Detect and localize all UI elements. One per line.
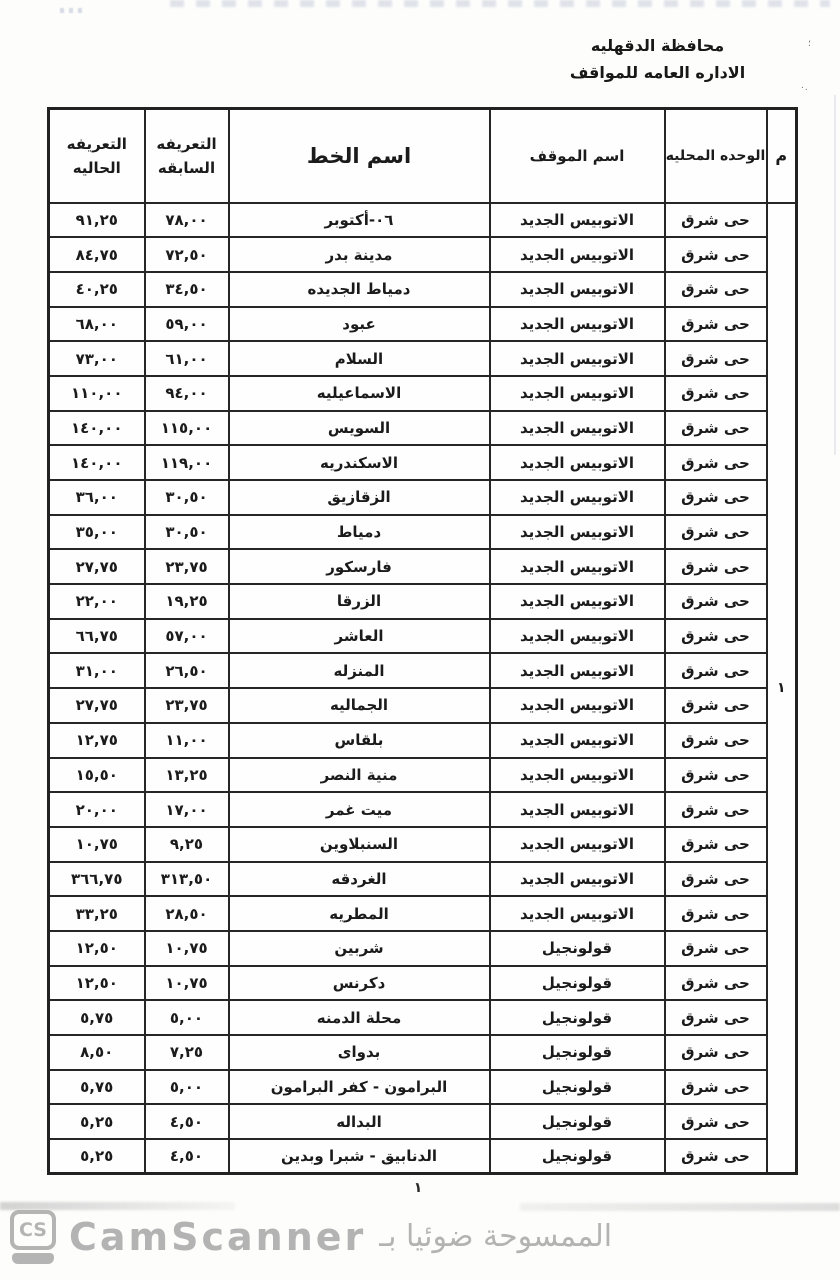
table-row: حى شرقالاتوبيس الجديدالسلام٦١,٠٠٧٣,٠٠ xyxy=(49,341,797,376)
document-header: محافظة الدقهليه الاداره العامه للمواقف xyxy=(515,32,800,86)
line-cell: السلام xyxy=(229,341,490,376)
table-row: حى شرققولونجيلبدواى٧,٢٥٨,٥٠ xyxy=(49,1035,797,1070)
column-header-previous-tariff: التعريفه السابقه xyxy=(145,109,229,203)
unit-cell: حى شرق xyxy=(665,619,767,654)
stop-cell: الاتوبيس الجديد xyxy=(490,515,665,550)
unit-cell: حى شرق xyxy=(665,827,767,862)
current-tariff-cell: ٢٢,٠٠ xyxy=(49,584,145,619)
current-tariff-cell: ٣١,٠٠ xyxy=(49,653,145,688)
line-cell: بلقاس xyxy=(229,723,490,758)
unit-cell: حى شرق xyxy=(665,862,767,897)
unit-cell: حى شرق xyxy=(665,792,767,827)
previous-tariff-cell: ٥,٠٠ xyxy=(145,1000,229,1035)
unit-cell: حى شرق xyxy=(665,723,767,758)
stop-cell: الاتوبيس الجديد xyxy=(490,862,665,897)
unit-cell: حى شرق xyxy=(665,653,767,688)
column-header-local-unit: الوحده المحليه xyxy=(665,109,767,203)
current-tariff-cell: ٥,٢٥ xyxy=(49,1104,145,1139)
table-row: حى شرقالاتوبيس الجديددمياط الجديده٣٤,٥٠٤… xyxy=(49,272,797,307)
previous-tariff-cell: ١٠,٧٥ xyxy=(145,931,229,966)
stop-cell: الاتوبيس الجديد xyxy=(490,792,665,827)
previous-tariff-cell: ١٩,٢٥ xyxy=(145,584,229,619)
unit-cell: حى شرق xyxy=(665,411,767,446)
current-tariff-cell: ١٢,٧٥ xyxy=(49,723,145,758)
table-row: حى شرققولونجيلشربين١٠,٧٥١٢,٥٠ xyxy=(49,931,797,966)
scan-speck-topright-2: ٠. xyxy=(800,84,808,93)
column-header-line-name: اسم الخط xyxy=(229,109,490,203)
previous-tariff-cell: ٩٤,٠٠ xyxy=(145,376,229,411)
unit-cell: حى شرق xyxy=(665,445,767,480)
previous-tariff-cell: ١١,٠٠ xyxy=(145,723,229,758)
stop-cell: قولونجيل xyxy=(490,1070,665,1105)
stop-cell: قولونجيل xyxy=(490,966,665,1001)
previous-tariff-cell: ٣١٣,٥٠ xyxy=(145,862,229,897)
unit-cell: حى شرق xyxy=(665,1104,767,1139)
line-cell: منية النصر xyxy=(229,758,490,793)
serial-cell: ١ xyxy=(767,203,797,1174)
camscanner-brand-text: CamScanner xyxy=(69,1218,366,1256)
current-tariff-cell: ٦٨,٠٠ xyxy=(49,307,145,342)
previous-tariff-cell: ١٧,٠٠ xyxy=(145,792,229,827)
unit-cell: حى شرق xyxy=(665,1000,767,1035)
previous-tariff-cell: ٧٨,٠٠ xyxy=(145,203,229,238)
page-edge-shadow xyxy=(834,95,836,455)
stop-cell: الاتوبيس الجديد xyxy=(490,619,665,654)
stop-cell: الاتوبيس الجديد xyxy=(490,827,665,862)
unit-cell: حى شرق xyxy=(665,549,767,584)
previous-tariff-cell: ٢٣,٧٥ xyxy=(145,688,229,723)
unit-cell: حى شرق xyxy=(665,480,767,515)
previous-tariff-cell: ٤,٥٠ xyxy=(145,1139,229,1174)
current-tariff-cell: ٣٥,٠٠ xyxy=(49,515,145,550)
unit-cell: حى شرق xyxy=(665,203,767,238)
previous-tariff-cell: ٧,٢٥ xyxy=(145,1035,229,1070)
previous-tariff-cell: ٥,٠٠ xyxy=(145,1070,229,1105)
stop-cell: الاتوبيس الجديد xyxy=(490,237,665,272)
cs-logo-icon: CS xyxy=(10,1210,56,1250)
unit-cell: حى شرق xyxy=(665,1139,767,1174)
tariff-table: م الوحده المحليه اسم الموقف اسم الخط الت… xyxy=(47,107,798,1175)
unit-cell: حى شرق xyxy=(665,688,767,723)
table-row: حى شرقالاتوبيس الجديدالزقازيق٣٠,٥٠٣٦,٠٠ xyxy=(49,480,797,515)
current-tariff-cell: ٣٣,٢٥ xyxy=(49,896,145,931)
previous-tariff-cell: ٣٠,٥٠ xyxy=(145,515,229,550)
line-cell: مدينة بدر xyxy=(229,237,490,272)
unit-cell: حى شرق xyxy=(665,515,767,550)
table-row: حى شرقالاتوبيس الجديدالاسماعيليه٩٤,٠٠١١٠… xyxy=(49,376,797,411)
table-header-row: م الوحده المحليه اسم الموقف اسم الخط الت… xyxy=(49,109,797,203)
table-row: حى شرققولونجيلمحلة الدمنه٥,٠٠٥,٧٥ xyxy=(49,1000,797,1035)
governorate-title: محافظة الدقهليه xyxy=(515,32,800,59)
line-cell: البرامون - كفر البرامون xyxy=(229,1070,490,1105)
table-row: حى شرقالاتوبيس الجديدالجماليه٢٣,٧٥٢٧,٧٥ xyxy=(49,688,797,723)
table-row: حى شرقالاتوبيس الجديدمدينة بدر٧٢,٥٠٨٤,٧٥ xyxy=(49,237,797,272)
current-tariff-cell: ٥,٢٥ xyxy=(49,1139,145,1174)
line-cell: السنبلاوين xyxy=(229,827,490,862)
camscanner-watermark: CS CamScanner الممسوحة ضوئيا بـ xyxy=(10,1206,614,1268)
line-cell: الاسكندريه xyxy=(229,445,490,480)
line-cell: المنزله xyxy=(229,653,490,688)
line-cell: الاسماعيليه xyxy=(229,376,490,411)
unit-cell: حى شرق xyxy=(665,758,767,793)
line-cell: بدواى xyxy=(229,1035,490,1070)
line-cell: دكرنس xyxy=(229,966,490,1001)
table-row: حى شرقالاتوبيس الجديدالسنبلاوين٩,٢٥١٠,٧٥ xyxy=(49,827,797,862)
current-tariff-cell: ١٢,٥٠ xyxy=(49,931,145,966)
previous-tariff-cell: ٢٨,٥٠ xyxy=(145,896,229,931)
unit-cell: حى شرق xyxy=(665,307,767,342)
table-row: حى شرقالاتوبيس الجديدمنية النصر١٣,٢٥١٥,٥… xyxy=(49,758,797,793)
stop-cell: الاتوبيس الجديد xyxy=(490,480,665,515)
stop-cell: الاتوبيس الجديد xyxy=(490,411,665,446)
previous-tariff-cell: ١١٩,٠٠ xyxy=(145,445,229,480)
line-cell: عبود xyxy=(229,307,490,342)
line-cell: السويس xyxy=(229,411,490,446)
stop-cell: قولونجيل xyxy=(490,1139,665,1174)
stop-cell: الاتوبيس الجديد xyxy=(490,688,665,723)
previous-tariff-cell: ٥٩,٠٠ xyxy=(145,307,229,342)
current-tariff-cell: ٧٣,٠٠ xyxy=(49,341,145,376)
stop-cell: الاتوبيس الجديد xyxy=(490,341,665,376)
table-row: حى شرقالاتوبيس الجديدالمطريه٢٨,٥٠٣٣,٢٥ xyxy=(49,896,797,931)
current-tariff-cell: ٦٦,٧٥ xyxy=(49,619,145,654)
current-tariff-cell: ٥,٧٥ xyxy=(49,1070,145,1105)
table-row: حى شرقالاتوبيس الجديدبلقاس١١,٠٠١٢,٧٥ xyxy=(49,723,797,758)
stop-cell: الاتوبيس الجديد xyxy=(490,549,665,584)
unit-cell: حى شرق xyxy=(665,931,767,966)
current-tariff-cell: ١٥,٥٠ xyxy=(49,758,145,793)
previous-tariff-cell: ١٣,٢٥ xyxy=(145,758,229,793)
stop-cell: قولونجيل xyxy=(490,1035,665,1070)
line-cell: فارسكور xyxy=(229,549,490,584)
stop-cell: الاتوبيس الجديد xyxy=(490,307,665,342)
unit-cell: حى شرق xyxy=(665,376,767,411)
current-tariff-cell: ٢٧,٧٥ xyxy=(49,549,145,584)
unit-cell: حى شرق xyxy=(665,341,767,376)
line-cell: دمياط xyxy=(229,515,490,550)
current-tariff-cell: ١١٠,٠٠ xyxy=(49,376,145,411)
column-header-current-tariff: التعريفه الحاليه xyxy=(49,109,145,203)
stop-cell: قولونجيل xyxy=(490,1104,665,1139)
unit-cell: حى شرق xyxy=(665,272,767,307)
line-cell: محلة الدمنه xyxy=(229,1000,490,1035)
stop-cell: الاتوبيس الجديد xyxy=(490,653,665,688)
stop-cell: الاتوبيس الجديد xyxy=(490,896,665,931)
current-tariff-cell: ٢٧,٧٥ xyxy=(49,688,145,723)
previous-tariff-cell: ٤,٥٠ xyxy=(145,1104,229,1139)
line-cell: البداله xyxy=(229,1104,490,1139)
line-cell: دمياط الجديده xyxy=(229,272,490,307)
column-header-stop-name: اسم الموقف xyxy=(490,109,665,203)
previous-tariff-cell: ٢٣,٧٥ xyxy=(145,549,229,584)
camscanner-logo: CS xyxy=(10,1210,56,1264)
line-cell: شربين xyxy=(229,931,490,966)
line-cell: الغردقه xyxy=(229,862,490,897)
table-row: حى شرقالاتوبيس الجديدالعاشر٥٧,٠٠٦٦,٧٥ xyxy=(49,619,797,654)
line-cell: ميت غمر xyxy=(229,792,490,827)
previous-tariff-cell: ٣٤,٥٠ xyxy=(145,272,229,307)
current-tariff-cell: ٨٤,٧٥ xyxy=(49,237,145,272)
table-row: حى شرقالاتوبيس الجديدالمنزله٢٦,٥٠٣١,٠٠ xyxy=(49,653,797,688)
previous-tariff-cell: ٢٦,٥٠ xyxy=(145,653,229,688)
stop-cell: قولونجيل xyxy=(490,1000,665,1035)
table-row: حى شرققولونجيلالدنابيق - شبرا وبدين٤,٥٠٥… xyxy=(49,1139,797,1174)
table-row: حى شرققولونجيلالبرامون - كفر البرامون٥,٠… xyxy=(49,1070,797,1105)
stop-cell: الاتوبيس الجديد xyxy=(490,723,665,758)
table-row: حى شرقالاتوبيس الجديدعبود٥٩,٠٠٦٨,٠٠ xyxy=(49,307,797,342)
administration-subtitle: الاداره العامه للمواقف xyxy=(515,59,800,86)
current-tariff-cell: ٩١,٢٥ xyxy=(49,203,145,238)
table-row: حى شرقالاتوبيس الجديدفارسكور٢٣,٧٥٢٧,٧٥ xyxy=(49,549,797,584)
line-cell: المطريه xyxy=(229,896,490,931)
stop-cell: الاتوبيس الجديد xyxy=(490,203,665,238)
line-cell: الدنابيق - شبرا وبدين xyxy=(229,1139,490,1174)
current-tariff-cell: ٤٠,٢٥ xyxy=(49,272,145,307)
table-row: حى شرقالاتوبيس الجديدالزرقا١٩,٢٥٢٢,٠٠ xyxy=(49,584,797,619)
line-cell: الجماليه xyxy=(229,688,490,723)
stop-cell: الاتوبيس الجديد xyxy=(490,758,665,793)
current-tariff-cell: ٢٠,٠٠ xyxy=(49,792,145,827)
line-cell: العاشر xyxy=(229,619,490,654)
previous-tariff-cell: ١٠,٧٥ xyxy=(145,966,229,1001)
current-tariff-cell: ١٢,٥٠ xyxy=(49,966,145,1001)
unit-cell: حى شرق xyxy=(665,1070,767,1105)
stop-cell: قولونجيل xyxy=(490,931,665,966)
scan-noise-strip xyxy=(170,0,830,7)
stop-cell: الاتوبيس الجديد xyxy=(490,272,665,307)
table-row: حى شرقالاتوبيس الجديدالسويس١١٥,٠٠١٤٠,٠٠ xyxy=(49,411,797,446)
previous-tariff-cell: ١١٥,٠٠ xyxy=(145,411,229,446)
unit-cell: حى شرق xyxy=(665,1035,767,1070)
scanned-with-note: الممسوحة ضوئيا بـ xyxy=(379,1222,612,1252)
table-row: حى شرقالاتوبيس الجديدميت غمر١٧,٠٠٢٠,٠٠ xyxy=(49,792,797,827)
stop-cell: الاتوبيس الجديد xyxy=(490,584,665,619)
current-tariff-cell: ١٤٠,٠٠ xyxy=(49,411,145,446)
previous-tariff-cell: ٩,٢٥ xyxy=(145,827,229,862)
current-tariff-cell: ١٠,٧٥ xyxy=(49,827,145,862)
table-row: حى شرقالاتوبيس الجديدالغردقه٣١٣,٥٠٣٦٦,٧٥ xyxy=(49,862,797,897)
unit-cell: حى شرق xyxy=(665,896,767,931)
current-tariff-cell: ١٤٠,٠٠ xyxy=(49,445,145,480)
page-number: ١ xyxy=(403,1180,433,1196)
current-tariff-cell: ٣٦,٠٠ xyxy=(49,480,145,515)
unit-cell: حى شرق xyxy=(665,966,767,1001)
table-row: حى شرققولونجيلالبداله٤,٥٠٥,٢٥ xyxy=(49,1104,797,1139)
line-cell: الزقازيق xyxy=(229,480,490,515)
previous-tariff-cell: ٦١,٠٠ xyxy=(145,341,229,376)
scan-speck-topleft xyxy=(60,8,86,13)
table-row: حى شرققولونجيلدكرنس١٠,٧٥١٢,٥٠ xyxy=(49,966,797,1001)
current-tariff-cell: ٥,٧٥ xyxy=(49,1000,145,1035)
current-tariff-cell: ٨,٥٠ xyxy=(49,1035,145,1070)
line-cell: الزرقا xyxy=(229,584,490,619)
previous-tariff-cell: ٣٠,٥٠ xyxy=(145,480,229,515)
line-cell: ٠٦-أكتوبر xyxy=(229,203,490,238)
scan-speck-topright-1: ؛ xyxy=(808,40,811,49)
cs-logo-base xyxy=(12,1253,54,1264)
stop-cell: الاتوبيس الجديد xyxy=(490,445,665,480)
table-row: حى شرقالاتوبيس الجديدالاسكندريه١١٩,٠٠١٤٠… xyxy=(49,445,797,480)
previous-tariff-cell: ٧٢,٥٠ xyxy=(145,237,229,272)
unit-cell: حى شرق xyxy=(665,237,767,272)
column-header-serial: م xyxy=(767,109,797,203)
table-row: ١حى شرقالاتوبيس الجديد٠٦-أكتوبر٧٨,٠٠٩١,٢… xyxy=(49,203,797,238)
previous-tariff-cell: ٥٧,٠٠ xyxy=(145,619,229,654)
unit-cell: حى شرق xyxy=(665,584,767,619)
table-row: حى شرقالاتوبيس الجديددمياط٣٠,٥٠٣٥,٠٠ xyxy=(49,515,797,550)
current-tariff-cell: ٣٦٦,٧٥ xyxy=(49,862,145,897)
stop-cell: الاتوبيس الجديد xyxy=(490,376,665,411)
